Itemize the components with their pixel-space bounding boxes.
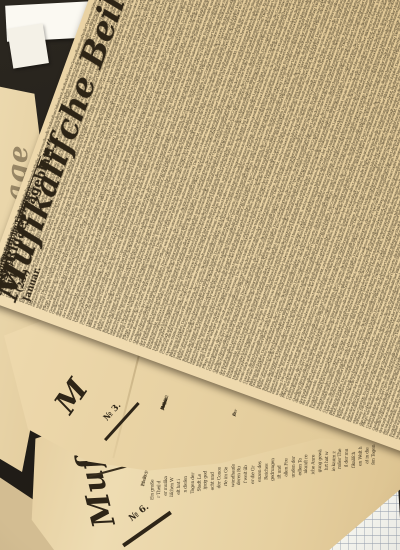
photo-of-newspaper-pile: age Muſi № 6. Preis10 Kop. Ein großer Th… — [0, 0, 400, 550]
